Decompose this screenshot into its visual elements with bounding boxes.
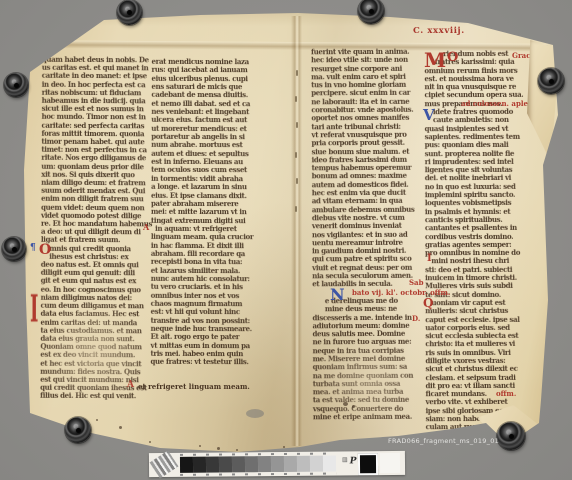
magnet-fastener: [65, 417, 91, 443]
watermark-reference: FRAD066_fragment_ms_019_01: [388, 437, 499, 445]
stain-spot: [199, 445, 201, 447]
illuminated-initial: O: [447, 51, 458, 64]
stain-spot: [119, 426, 122, 429]
stain-spot: [236, 449, 238, 451]
paragraph-mark: ¶: [30, 244, 36, 253]
illuminated-initial: V: [423, 108, 435, 123]
stain-spot: [217, 447, 220, 450]
calibration-gray-patch: [271, 456, 284, 472]
calibration-gray-patch: [310, 456, 323, 472]
calibration-gray-patch: [193, 457, 206, 473]
calibration-gray-patch: [206, 457, 219, 473]
calibration-gray-patch: [232, 456, 245, 472]
rubric-text: ad colossen. aple u.: [461, 100, 538, 107]
calibration-gray-patch: [284, 456, 297, 472]
grayscale-calibration-strip: P: [149, 451, 405, 477]
stain-spot: [283, 446, 285, 448]
stitch-mark: [295, 152, 297, 158]
calibration-white-patch: [380, 453, 400, 473]
left-page-column-2: erat mendicus nomine lazarus: qui iaceba…: [150, 58, 253, 367]
magnet-fastener: [4, 73, 28, 97]
right-page-column-1: fuerint vite quam in anima.hec ideo vtil…: [311, 48, 425, 422]
manuscript-text-line: filius dei. Hic est qui venit.: [40, 392, 144, 401]
calibration-logo: P: [342, 456, 357, 466]
gray-smudge: [246, 409, 264, 418]
calibration-tick-labels: [180, 472, 336, 475]
calibration-gray-patch: [245, 456, 258, 472]
rubric-text: D.: [412, 315, 420, 322]
stain-spot: [96, 419, 98, 421]
center-fold-seam: [291, 16, 302, 446]
rubric-text: offm.: [496, 390, 516, 397]
chapter-heading: C. xxxviij.: [413, 26, 465, 36]
illuminated-initial: M: [424, 50, 446, 70]
stitch-mark: [295, 206, 297, 212]
calibration-gray-patch: [297, 456, 310, 472]
photo-stage: quam habet deus in nobis. Deus caritas e…: [0, 0, 572, 480]
rubric-text: bato vij. kl'. octobr. offm.: [352, 289, 450, 296]
calibration-patch-row: [180, 455, 336, 472]
calibration-gray-patch: [323, 455, 336, 471]
left-page-column-1: quam habet deus in nobis. Deus caritas e…: [40, 56, 146, 401]
paragraph-mark: A: [143, 223, 149, 231]
calibration-mini-wedge: [150, 450, 179, 478]
magnet-fastener: [538, 68, 564, 94]
calibration-black-patch: [358, 453, 378, 475]
manuscript-text-line: mine et eripe animam mea.: [313, 413, 425, 422]
illuminated-initial: I: [427, 254, 432, 264]
calibration-gray-patch: [180, 457, 193, 473]
manuscript-parchment: quam habet deus in nobis. Deus caritas e…: [0, 0, 572, 480]
marginal-initial: I: [30, 292, 38, 330]
rubric-text: Sab: [409, 279, 424, 286]
stain-spot: [149, 441, 151, 443]
stain-spot: [343, 402, 348, 406]
calibration-gray-patch: [219, 456, 232, 472]
stitch-mark: [296, 178, 298, 184]
calibration-gray-patch: [258, 456, 271, 472]
magnet-fastener: [2, 237, 26, 261]
manuscript-text-line: que fratres: vt testetur illis.: [150, 358, 252, 367]
paragraph-mark: A: [127, 381, 134, 390]
stitch-mark: [295, 96, 297, 102]
illuminated-initial: N: [330, 287, 345, 303]
magnet-fastener: [497, 422, 525, 450]
rubric-text: et refrigeret linguam meam.: [138, 383, 250, 390]
stitch-mark: [296, 122, 298, 128]
stain-spot: [352, 405, 355, 408]
magnet-fastener: [117, 0, 142, 25]
illuminated-initial: O: [39, 243, 51, 257]
stitch-mark: [296, 70, 298, 76]
illuminated-initial: Q: [423, 297, 433, 309]
